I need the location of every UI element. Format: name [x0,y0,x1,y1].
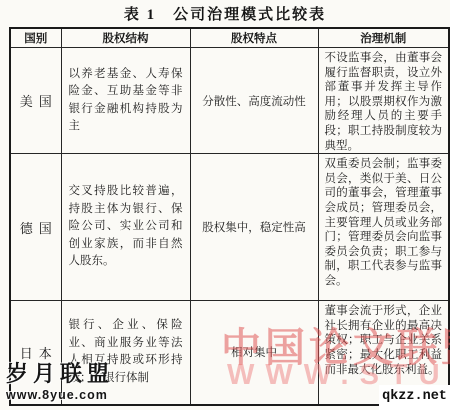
watermark-bottom-right-badge: qkzz.net [379,385,450,410]
col-header-equity-structure: 股权结构 [61,28,190,48]
table-title: 表 1 公司治理模式比较表 [0,3,450,24]
cell-structure-usa: 以养老基金、人寿保险金、互助基金等非银行金融机构持股为主 [61,48,190,154]
col-header-governance-mechanism: 治理机制 [318,28,449,48]
cell-mechanism-germany: 双重委员会制；监事委员会，类似于美、日公司的董事会，管理董事会成员；管理委员会，… [318,154,449,301]
scanned-document-page: 表 1 公司治理模式比较表 国别 股权结构 股权特点 治理机制 美国 以养老基金… [0,0,450,410]
cell-structure-japan: 银行、企业、保险业、商业服务业等法人相互持股或环形持股；主银行体制 [61,301,190,405]
cell-feature-japan: 相对集中 [190,301,318,405]
table-header-row: 国别 股权结构 股权特点 治理机制 [10,28,449,48]
table-row-germany: 德国 交叉持股比较普遍，持股主体为银行、保险公司、实业公司和创业家族，而非自然人… [10,154,449,301]
cell-country-japan: 日本 [10,301,61,405]
cell-structure-germany: 交叉持股比较普遍，持股主体为银行、保险公司、实业公司和创业家族，而非自然人股东。 [61,154,190,301]
col-header-country: 国别 [10,28,61,48]
cell-feature-usa: 分散性、高度流动性 [190,48,318,154]
governance-comparison-table: 国别 股权结构 股权特点 治理机制 美国 以养老基金、人寿保险金、互助基金等非银… [9,27,450,406]
cell-country-germany: 德国 [10,154,61,301]
cell-feature-germany: 股权集中，稳定性高 [190,154,318,301]
cell-country-usa: 美国 [10,48,61,154]
cell-mechanism-usa: 不设监事会，由董事会履行监督职责，设立外部董事并发挥主导作用；以股票期权作为激励… [318,48,449,154]
col-header-equity-feature: 股权特点 [190,28,318,48]
table-row-usa: 美国 以养老基金、人寿保险金、互助基金等非银行金融机构持股为主 分散性、高度流动… [10,48,449,154]
